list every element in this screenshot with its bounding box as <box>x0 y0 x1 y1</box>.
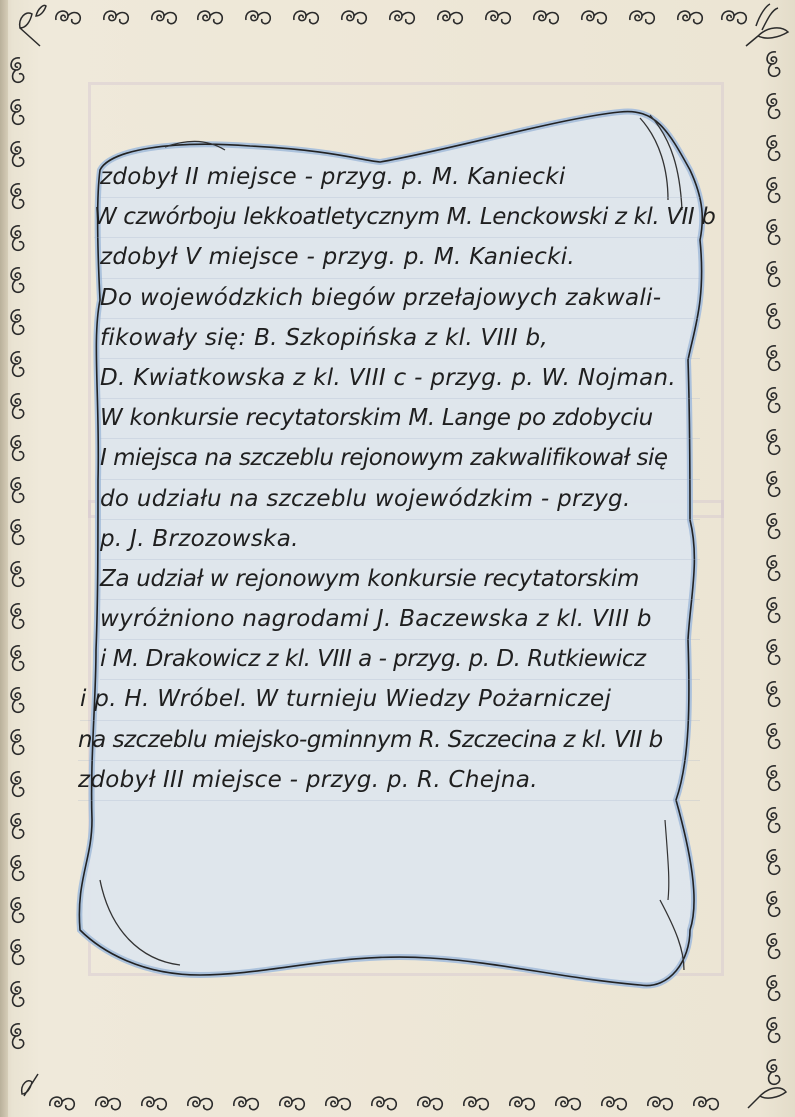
handwritten-text-block: zdobył II miejsce - przyg. p. M. Kanieck… <box>100 158 700 801</box>
text-line: wyróżniono nagrodami J. Baczewska z kl. … <box>100 600 700 640</box>
text-line: Do wojewódzkich biegów przełajowych zakw… <box>100 279 700 319</box>
top-swirl-border <box>56 11 746 24</box>
left-swirl-border <box>11 58 24 1048</box>
text-line: i M. Drakowicz z kl. VIII a - przyg. p. … <box>100 640 700 680</box>
text-line: Za udział w rejonowym konkursie recytato… <box>100 560 700 600</box>
text-line: W czwórboju lekkoatletycznym M. Lenckows… <box>94 198 700 238</box>
text-line: na szczeblu miejsko-gminnym R. Szczecina… <box>78 721 700 761</box>
notebook-page: zdobył II miejsce - przyg. p. M. Kanieck… <box>0 0 795 1117</box>
text-line: zdobył II miejsce - przyg. p. M. Kanieck… <box>100 158 700 198</box>
bottom-swirl-border <box>50 1097 718 1110</box>
text-line: I miejsca na szczeblu rejonowym zakwalif… <box>100 439 700 479</box>
text-line: D. Kwiatkowska z kl. VIII c - przyg. p. … <box>100 359 700 399</box>
text-line: zdobył III miejsce - przyg. p. R. Chejna… <box>78 761 700 801</box>
right-swirl-border <box>767 52 780 1084</box>
text-line: fikowały się: B. Szkopińska z kl. VIII b… <box>100 319 700 359</box>
text-line: do udziału na szczeblu wojewódzkim - prz… <box>100 480 700 520</box>
text-line: i p. H. Wróbel. W turnieju Wiedzy Pożarn… <box>80 680 700 720</box>
text-line: W konkursie recytatorskim M. Lange po zd… <box>100 399 700 439</box>
text-line: p. J. Brzozowska. <box>100 520 700 560</box>
text-line: zdobył V miejsce - przyg. p. M. Kaniecki… <box>100 238 700 278</box>
